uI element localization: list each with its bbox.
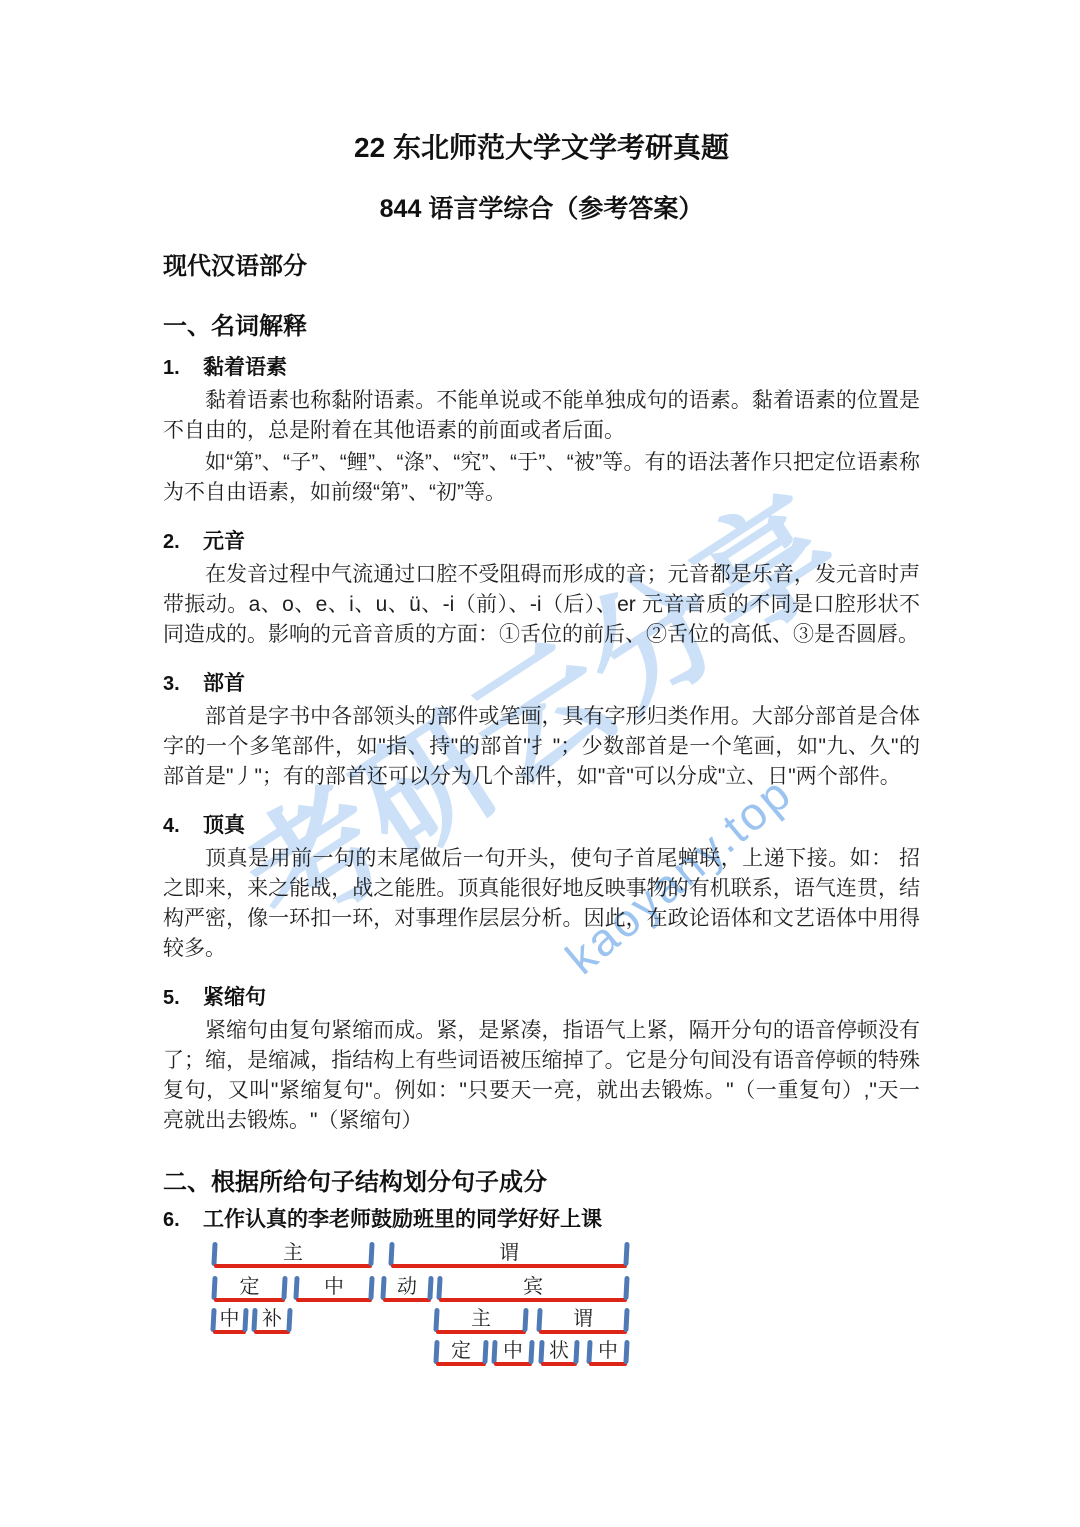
diagram-bracket-主: 主 [213, 1242, 373, 1269]
term-item: 3.部首 部首是字书中各部领头的部件或笔画，具有字形归类作用。大部分部首是合体字… [163, 670, 920, 792]
diagram-bracket-定: 定 [435, 1340, 487, 1367]
bracket-underline [589, 1362, 627, 1366]
bracket-label: 谓 [538, 1309, 628, 1329]
term-paragraph: 紧缩句由复句紧缩而成。紧，是紧凑，指语气上紧，隔开分句的语音停顿没有了；缩，是缩… [163, 1016, 920, 1136]
sentence-item: 6.工作认真的李老师鼓励班里的同学好好上课 [163, 1206, 920, 1236]
term-item: 4.顶真 顶真是用前一句的末尾做后一句开头，使句子首尾蝉联，上递下接。如： 招之… [163, 812, 920, 964]
diagram-bracket-状: 状 [540, 1340, 578, 1367]
term-paragraph: 部首是字书中各部领头的部件或笔画，具有字形归类作用。大部分部首是合体字的一个多笔… [163, 702, 920, 792]
term-number: 5. [163, 984, 203, 1012]
bracket-label: 谓 [390, 1243, 628, 1263]
term-title: 黏着语素 [203, 356, 287, 379]
term-paragraph: 如“第”、“子”、“鲤”、“涤”、“究”、“于”、“被”等。有的语法著作只把定位… [163, 448, 920, 508]
term-paragraph: 顶真是用前一句的末尾做后一句开头，使句子首尾蝉联，上递下接。如： 招之即来，来之… [163, 844, 920, 964]
term-list: 1.黏着语素 黏着语素也称黏附语素。不能单说或不能单独成句的语素。黏着语素的位置… [163, 354, 920, 1136]
term-item-head: 1.黏着语素 [163, 354, 920, 384]
bracket-label: 动 [382, 1277, 432, 1297]
term-item-head: 4.顶真 [163, 812, 920, 842]
term-item-head: 5.紧缩句 [163, 984, 920, 1014]
term-title: 元音 [203, 530, 245, 553]
document-content: 22 东北师范大学文学考研真题 844 语言学综合（参考答案） 现代汉语部分 一… [163, 0, 920, 1377]
term-item: 1.黏着语素 黏着语素也称黏附语素。不能单说或不能单独成句的语素。黏着语素的位置… [163, 354, 920, 508]
term-title: 紧缩句 [203, 986, 266, 1009]
term-number: 4. [163, 812, 203, 840]
term-item-head: 3.部首 [163, 670, 920, 700]
bracket-label: 补 [253, 1309, 291, 1329]
sentence-component-diagram: 主谓定中动宾中补主谓定中状中 [163, 1242, 920, 1377]
bracket-label: 主 [435, 1309, 527, 1329]
diagram-bracket-动: 动 [382, 1276, 432, 1303]
term-paragraph: 黏着语素也称黏附语素。不能单说或不能单独成句的语素。黏着语素的位置是不自由的，总… [163, 386, 920, 446]
term-item: 2.元音 在发音过程中气流通过口腔不受阻碍而形成的音；元音都是乐音，发元音时声带… [163, 528, 920, 650]
term-number: 1. [163, 354, 203, 382]
page-subtitle: 844 语言学综合（参考答案） [163, 192, 920, 226]
bracket-label: 主 [213, 1243, 373, 1263]
bracket-underline [391, 1264, 627, 1268]
bracket-label: 定 [213, 1277, 286, 1297]
term-number: 2. [163, 528, 203, 556]
bracket-label: 中 [588, 1341, 628, 1361]
section-one-heading: 一、名词解释 [163, 310, 920, 344]
sentence-item-number: 6. [163, 1206, 203, 1234]
term-title: 顶真 [203, 814, 245, 837]
diagram-bracket-谓: 谓 [538, 1308, 628, 1335]
diagram-bracket-中: 中 [212, 1308, 247, 1335]
bracket-underline [296, 1298, 372, 1302]
diagram-bracket-中: 中 [295, 1276, 373, 1303]
bracket-label: 宾 [438, 1277, 628, 1297]
bracket-underline [539, 1330, 627, 1334]
bracket-underline [436, 1362, 486, 1366]
bracket-underline [494, 1362, 532, 1366]
diagram-bracket-宾: 宾 [438, 1276, 628, 1303]
bracket-underline [213, 1330, 246, 1334]
term-item: 5.紧缩句 紧缩句由复句紧缩而成。紧，是紧凑，指语气上紧，隔开分句的语音停顿没有… [163, 984, 920, 1136]
bracket-label: 状 [540, 1341, 578, 1361]
diagram-bracket-谓: 谓 [390, 1242, 628, 1269]
document-page: 考研云分享 kaoyany.top 22 东北师范大学文学考研真题 844 语言… [0, 0, 1080, 1527]
diagram-bracket-定: 定 [213, 1276, 286, 1303]
section-two-heading: 二、根据所给句子结构划分句子成分 [163, 1166, 920, 1200]
bracket-underline [383, 1298, 431, 1302]
part-heading: 现代汉语部分 [163, 250, 920, 284]
bracket-underline [541, 1362, 577, 1366]
diagram-bracket-中: 中 [493, 1340, 533, 1367]
bracket-underline [439, 1298, 627, 1302]
diagram-bracket-中: 中 [588, 1340, 628, 1367]
diagram-bracket-补: 补 [253, 1308, 291, 1335]
bracket-label: 中 [493, 1341, 533, 1361]
term-title: 部首 [203, 672, 245, 695]
bracket-label: 中 [295, 1277, 373, 1297]
bracket-underline [214, 1298, 285, 1302]
bracket-label: 定 [435, 1341, 487, 1361]
page-title: 22 东北师范大学文学考研真题 [163, 130, 920, 166]
term-paragraph: 在发音过程中气流通过口腔不受阻碍而形成的音；元音都是乐音，发元音时声带振动。a、… [163, 560, 920, 650]
bracket-underline [254, 1330, 290, 1334]
diagram-bracket-主: 主 [435, 1308, 527, 1335]
bracket-underline [436, 1330, 526, 1334]
bracket-underline [214, 1264, 372, 1268]
term-item-head: 2.元音 [163, 528, 920, 558]
term-number: 3. [163, 670, 203, 698]
bracket-label: 中 [212, 1309, 247, 1329]
sentence-text: 工作认真的李老师鼓励班里的同学好好上课 [203, 1208, 602, 1231]
